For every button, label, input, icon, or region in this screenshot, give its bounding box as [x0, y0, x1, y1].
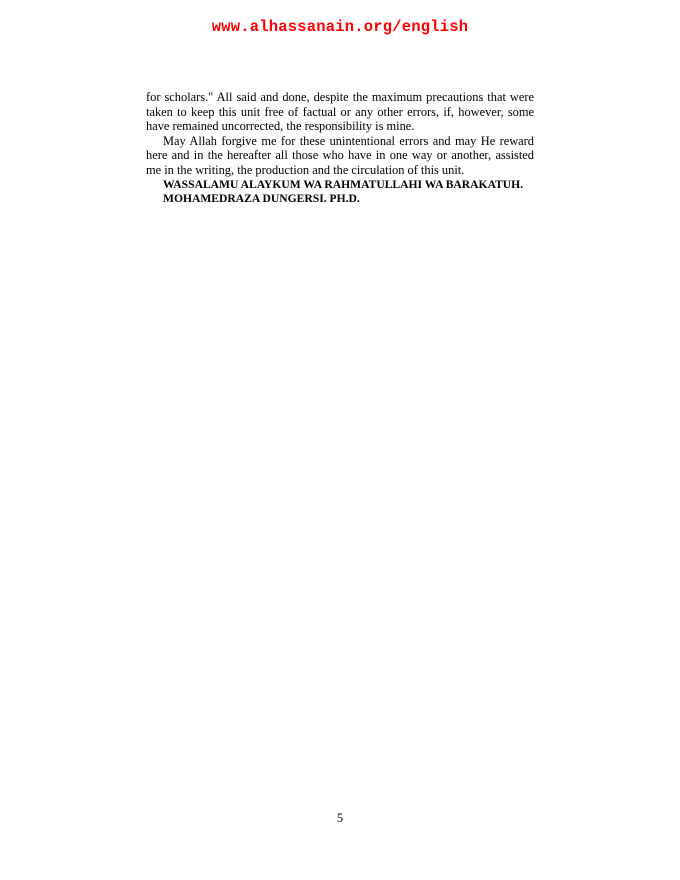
page-number: 5: [0, 811, 680, 826]
author-signature: MOHAMEDRAZA DUNGERSI. PH.D.: [146, 192, 534, 207]
website-url-header: www.alhassanain.org/english: [0, 18, 680, 36]
paragraph-continuation: for scholars." All said and done, despit…: [146, 90, 534, 134]
closing-salutation: WASSALAMU ALAYKUM WA RAHMATULLAHI WA BAR…: [146, 178, 534, 193]
document-body: for scholars." All said and done, despit…: [146, 90, 534, 207]
paragraph-acknowledgement: May Allah forgive me for these unintenti…: [146, 134, 534, 178]
